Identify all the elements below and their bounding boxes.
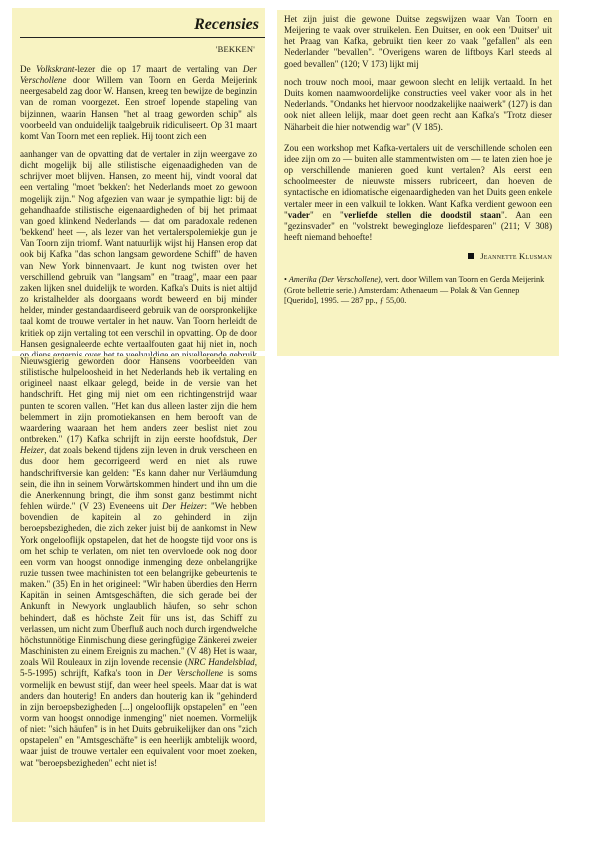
right-paragraph-1a: Het zijn juist die gewone Duitse zegswij… [284,14,552,70]
text-run: Nieuwsgierig geworden door Hansens voorb… [20,356,257,444]
left-paragraph-1a: De Volkskrant-lezer die op 17 maart de v… [20,64,257,142]
review-kicker: 'BEKKEN' [20,44,257,54]
left-paragraph-2: Nieuwsgierig geworden door Hansens voorb… [20,356,257,769]
left-block-3: Nieuwsgierig geworden door Hansens voorb… [12,356,265,822]
right-paragraph-1b: noch trouw noch mooi, maar gewoon slecht… [284,77,552,133]
book-title: Der Verschollene [158,668,223,678]
review-header-block: Recensies 'BEKKEN' De Volkskrant-lezer d… [12,8,265,145]
left-block-2: aanhanger van de opvatting dat de vertal… [12,145,265,351]
author-name: Jeannette Klusman [480,251,552,261]
square-bullet-icon [468,253,474,259]
text-run: : "We hebben bovendien de kapitein al zo… [20,501,257,667]
text-run: is soms vormelijk en bewust stijf, dan w… [20,668,257,767]
right-block-1: Het zijn juist die gewone Duitse zegswij… [277,10,559,73]
left-paragraph-1b: aanhanger van de opvatting dat de vertal… [20,149,257,383]
right-paragraph-2: Zou een workshop met Kafka-vertalers uit… [284,143,552,243]
chapter-title: Der Heizer [162,501,204,511]
bullet-icon: • [284,275,287,284]
newspaper-name: NRC Handelsblad [188,657,255,667]
text-run: -lezer die op 17 maart de vertaling van [74,64,242,74]
book-title: Amerika (Der Verschollene) [289,275,381,284]
text-run: Zou een workshop met Kafka-vertalers uit… [284,143,552,220]
text-run: " en " [310,210,344,220]
bibliography-note: • Amerika (Der Verschollene), vert. door… [284,275,552,307]
author-signature: Jeannette Klusman [284,251,552,261]
bold-quote: vader [288,210,310,220]
right-block-2: noch trouw noch mooi, maar gewoon slecht… [277,73,559,356]
bold-quote: verliefde stellen die doodstil staan [344,210,501,220]
newspaper-name: Volkskrant [36,64,74,74]
text-run: De [20,64,36,74]
section-title: Recensies [20,14,265,38]
